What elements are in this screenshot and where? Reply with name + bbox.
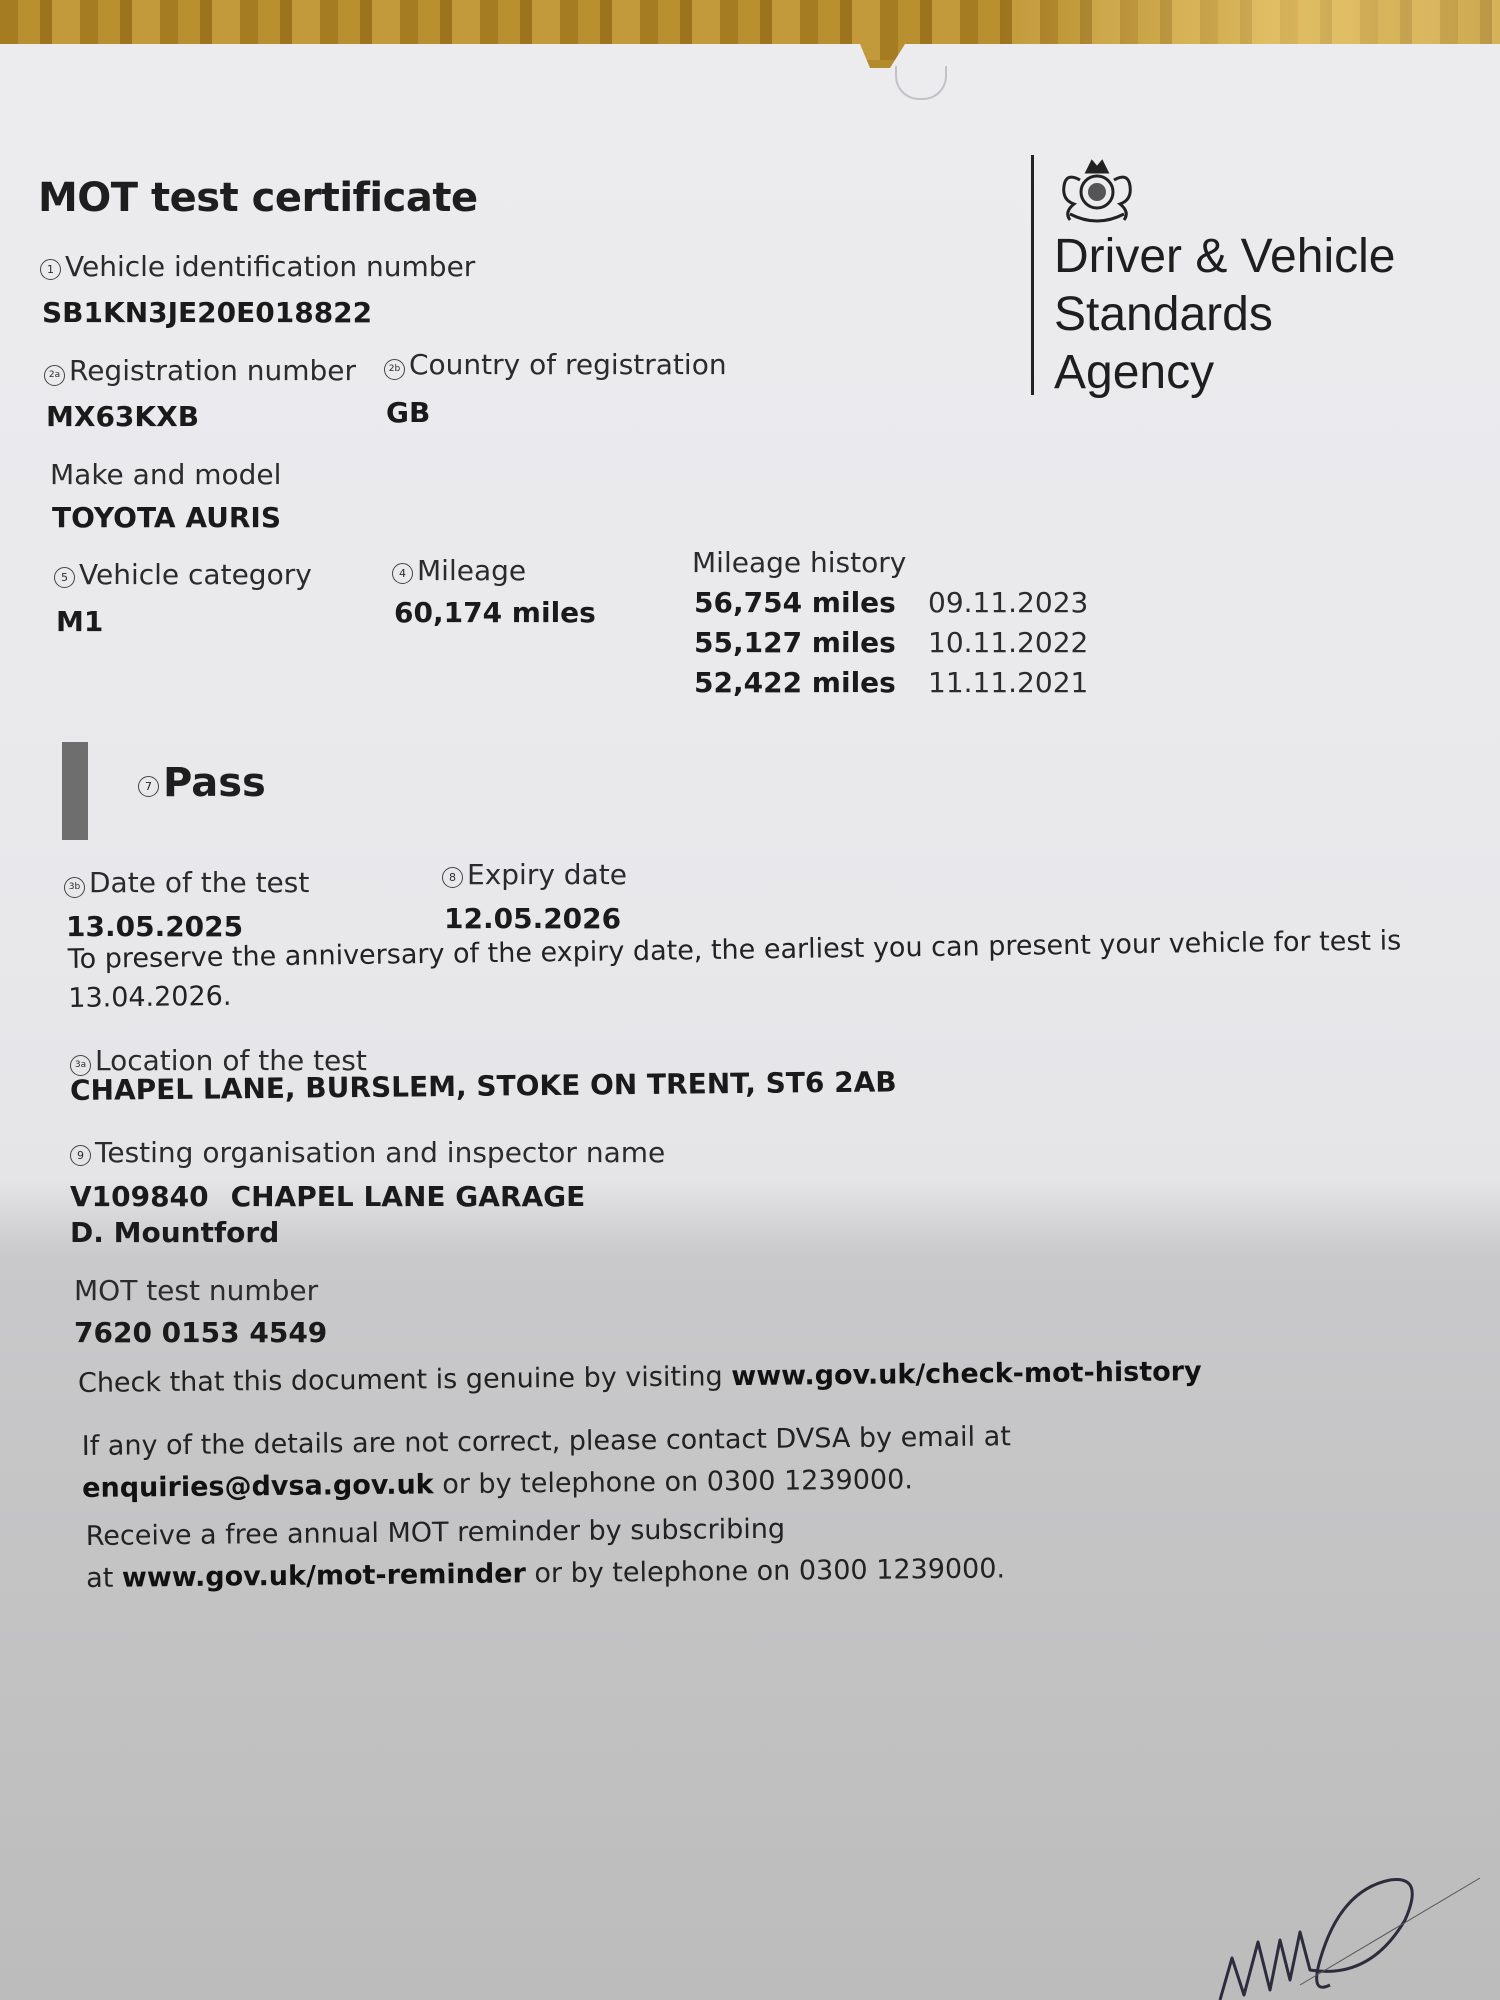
agency-name-line1: Driver & Vehicle [1054, 228, 1395, 286]
check-mot-history-link[interactable]: www.gov.uk/check-mot-history [731, 1356, 1202, 1392]
test-number-label: MOT test number [74, 1274, 318, 1307]
make-model-value: TOYOTA AURIS [52, 501, 281, 534]
agency-name-line2: Standards [1054, 286, 1395, 344]
category-value: M1 [56, 605, 103, 638]
field-number-badge: 8 [442, 867, 463, 888]
mileage-value: 60,174 miles [394, 596, 596, 629]
field-number-badge: 2a [44, 365, 65, 386]
site-id: V109840 [70, 1180, 209, 1213]
mileage-history-row: 56,754 miles09.11.2023 [694, 586, 1088, 626]
site-name: CHAPEL LANE GARAGE [231, 1180, 586, 1213]
registration-value: MX63KXB [46, 400, 199, 433]
country-label: 2bCountry of registration [384, 348, 727, 381]
mot-reminder-link[interactable]: www.gov.uk/mot-reminder [122, 1558, 526, 1593]
organisation-label: 9Testing organisation and inspector name [70, 1136, 665, 1169]
expiry-date-value: 12.05.2026 [444, 902, 621, 935]
field-number-badge: 3b [64, 877, 85, 898]
result-status: 7Pass [138, 760, 266, 806]
field-number-badge: 5 [54, 567, 75, 588]
agency-name-line3: Agency [1054, 344, 1395, 402]
test-number-value: 7620 0153 4549 [74, 1316, 327, 1349]
field-number-badge: 4 [392, 563, 413, 584]
mileage-history-row: 52,422 miles11.11.2021 [694, 666, 1088, 706]
mileage-history-row: 55,127 miles10.11.2022 [694, 626, 1088, 666]
agency-name: Driver & Vehicle Standards Agency [1054, 228, 1395, 402]
make-model-label: Make and model [50, 458, 281, 491]
field-number-badge: 7 [138, 776, 159, 797]
mileage-history-table: 56,754 miles09.11.2023 55,127 miles10.11… [694, 586, 1088, 706]
test-date-label: 3bDate of the test [64, 866, 309, 899]
signature-icon [1210, 1870, 1500, 2000]
category-label: 5Vehicle category [54, 558, 312, 591]
country-value: GB [386, 396, 430, 429]
expiry-date-label: 8Expiry date [442, 858, 627, 891]
contact-email-link[interactable]: enquiries@dvsa.gov.uk [82, 1469, 434, 1504]
document-title: MOT test certificate [38, 175, 478, 221]
registration-label: 2aRegistration number [44, 354, 356, 387]
field-number-badge: 9 [70, 1145, 91, 1166]
royal-coat-of-arms-icon [1052, 150, 1142, 230]
mileage-history-label: Mileage history [692, 546, 906, 579]
vin-value: SB1KN3JE20E018822 [42, 296, 372, 329]
mileage-label: 4Mileage [392, 554, 526, 587]
result-value: Pass [163, 760, 266, 806]
vin-label: 1Vehicle identification number [40, 250, 475, 283]
organisation-value: V109840CHAPEL LANE GARAGE [70, 1180, 585, 1213]
test-date-value: 13.05.2025 [66, 910, 243, 943]
field-number-badge: 1 [40, 259, 61, 280]
result-indicator-bar [62, 742, 88, 840]
contact-text: If any of the details are not correct, p… [82, 1416, 1012, 1510]
inspector-name: D. Mountford [70, 1216, 279, 1249]
agency-divider [1031, 155, 1034, 395]
reminder-text: Receive a free annual MOT reminder by su… [86, 1506, 1006, 1600]
field-number-badge: 2b [384, 359, 405, 380]
